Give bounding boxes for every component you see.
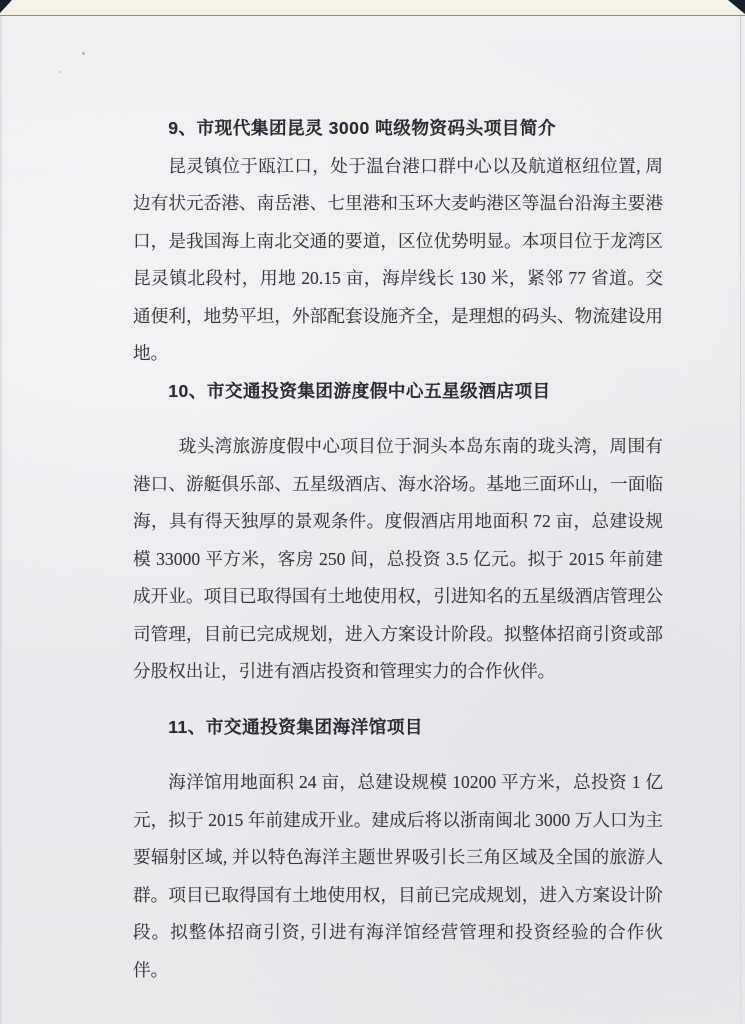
text-line: 段。拟整体招商引资, 引进有海洋馆经营管理和投资经验的合作伙伴。 (133, 914, 663, 989)
text-line: 群。项目已取得国有土地使用权，目前已完成规划，进入方案设计阶 (133, 877, 663, 915)
text-line: 海洋馆用地面积 24 亩，总建设规模 10200 平方米，总投资 1 亿 (133, 764, 663, 802)
text-line: 成开业。项目已取得国有土地使用权，引进知名的五星级酒店管理公 (133, 578, 663, 616)
text-line: 司管理，目前已完成规划，进入方案设计阶段。拟整体招商引资或部 (133, 616, 663, 654)
document-body: 9、市现代集团昆灵 3000 吨级物资码头项目简介 昆灵镇位于瓯江口，处于温台港… (133, 110, 663, 989)
scan-speck (59, 71, 61, 73)
text-line: 昆灵镇位于瓯江口，处于温台港口群中心以及航道枢纽位置, 周 (133, 148, 663, 186)
scan-speck (82, 52, 85, 55)
text-line: 要辐射区域, 并以特色海洋主题世界吸引长三角区域及全国的旅游人 (133, 839, 663, 877)
text-line: 海，具有得天独厚的景观条件。度假酒店用地面积 72 亩，总建设规 (133, 503, 663, 541)
text-line: 元，拟于 2015 年前建成开业。建成后将以浙南闽北 3000 万人口为主 (133, 802, 663, 840)
paper-right-edge-shadow (740, 16, 741, 1024)
paper-left-edge-shadow (0, 16, 3, 1024)
text-line: 模 33000 平方米，客房 250 间，总投资 3.5 亿元。拟于 2015 … (133, 541, 663, 579)
paper-top-edge (0, 0, 745, 16)
text-line: 口，是我国海上南北交通的要道，区位优势明显。本项目位于龙湾区 (133, 223, 663, 261)
text-line: 地。 (133, 335, 663, 373)
text-line: 昆灵镇北段村，用地 20.15 亩，海岸线长 130 米，紧邻 77 省道。交 (133, 260, 663, 298)
scan-corner-top-left (0, 0, 12, 13)
section-11-heading: 11、市交通投资集团海洋馆项目 (133, 709, 663, 747)
scanned-document-page: 9、市现代集团昆灵 3000 吨级物资码头项目简介 昆灵镇位于瓯江口，处于温台港… (0, 0, 745, 1024)
section-10-heading: 10、市交通投资集团游度假中心五星级酒店项目 (133, 373, 663, 411)
section-9-heading: 9、市现代集团昆灵 3000 吨级物资码头项目简介 (133, 110, 663, 148)
text-line: 珑头湾旅游度假中心项目位于洞头本岛东南的珑头湾，周围有 (133, 428, 663, 466)
text-line: 港口、游艇俱乐部、五星级酒店、海水浴场。基地三面环山，一面临 (133, 466, 663, 504)
text-line: 边有状元岙港、南岳港、七里港和玉环大麦屿港区等温台沿海主要港 (133, 185, 663, 223)
scan-corner-top-right (728, 0, 745, 14)
text-line: 分股权出让，引进有酒店投资和管理实力的合作伙伴。 (133, 653, 663, 691)
text-line: 通便利，地势平坦，外部配套设施齐全，是理想的码头、物流建设用 (133, 298, 663, 336)
